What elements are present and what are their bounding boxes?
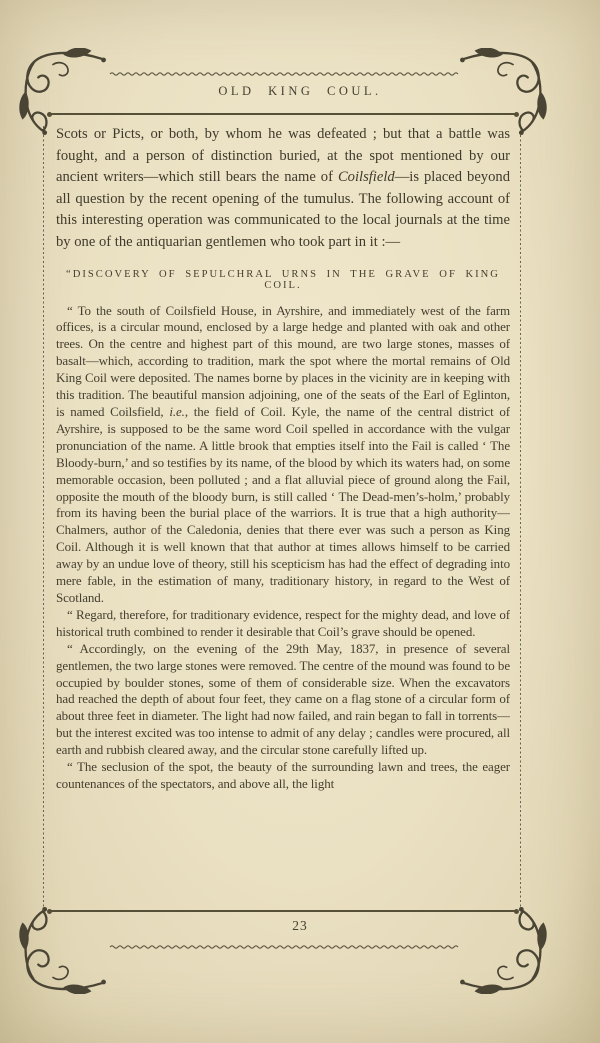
section-heading: “DISCOVERY OF SEPULCHRAL URNS IN THE GRA… <box>56 269 510 291</box>
footer-rule <box>50 910 516 912</box>
letter-paragraph-3: “ Accordingly, on the evening of the 29t… <box>56 641 510 759</box>
rule-end-dot <box>514 909 519 914</box>
stitched-border-right <box>520 126 521 908</box>
page-number: 23 <box>0 918 600 934</box>
book-page: OLD KING COUL. Scots or Picts, or both, … <box>0 0 600 1043</box>
stitched-border-left <box>43 126 44 908</box>
rule-end-dot <box>47 112 52 117</box>
letter-paragraph-4: “ The seclusion of the spot, the beauty … <box>56 759 510 793</box>
wavy-rule-bottom <box>110 944 458 950</box>
header-rule <box>50 113 516 115</box>
letter-paragraph-2: “ Regard, therefore, for traditionary ev… <box>56 607 510 641</box>
corner-flourish-bottom-left-icon <box>18 902 110 994</box>
running-head-title: OLD KING COUL. <box>0 84 600 99</box>
intro-paragraph: Scots or Picts, or both, by whom he was … <box>56 124 510 254</box>
letter-italic-ie: i.e. <box>169 404 184 419</box>
letter-text: , the field of Coil. Kyle, the name of t… <box>56 404 510 605</box>
letter-text: “ To the south of Coilsfield House, in A… <box>56 303 510 419</box>
corner-flourish-bottom-right-icon <box>456 902 548 994</box>
rule-end-dot <box>514 112 519 117</box>
text-frame: Scots or Picts, or both, by whom he was … <box>56 124 510 906</box>
rule-end-dot <box>47 909 52 914</box>
intro-italic-coilsfield: Coilsfield <box>338 169 395 185</box>
letter-paragraph-1: “ To the south of Coilsfield House, in A… <box>56 303 510 607</box>
wavy-rule-top <box>110 71 458 77</box>
